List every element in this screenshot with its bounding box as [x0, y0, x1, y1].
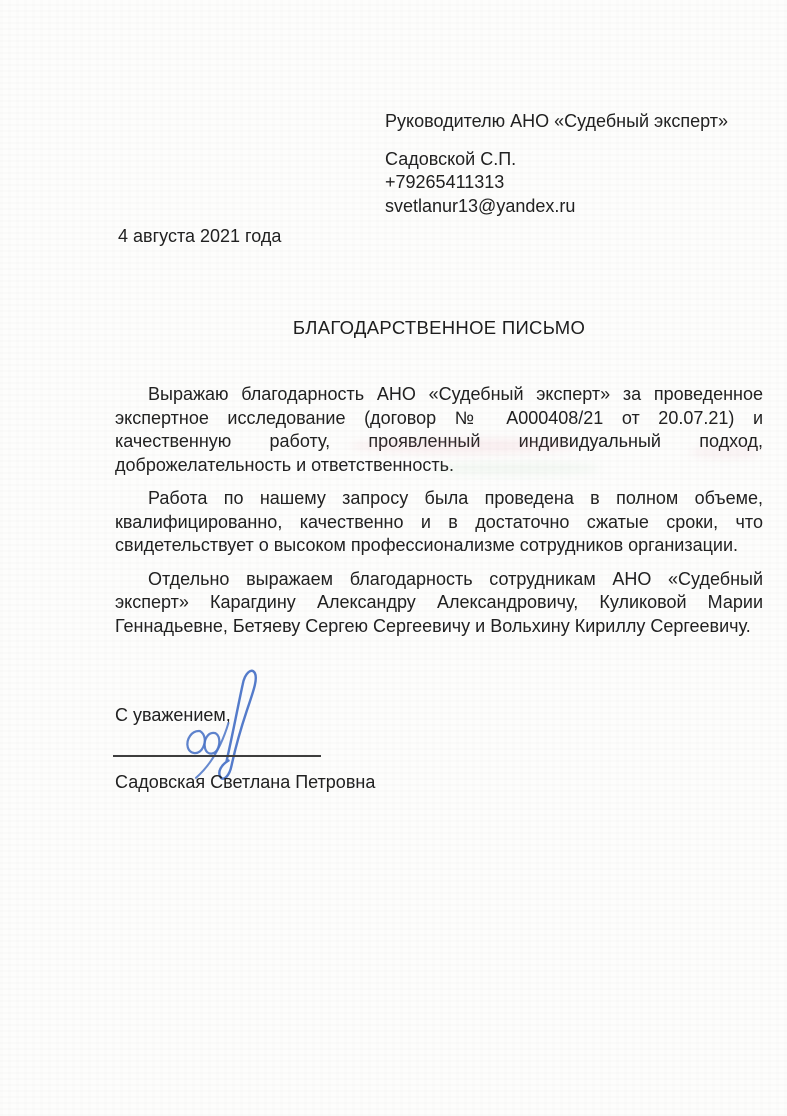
letter-date: 4 августа 2021 года: [118, 226, 281, 247]
handwritten-signature: [180, 664, 280, 786]
recipient-block: Руководителю АНО «Судебный эксперт» Садо…: [385, 110, 728, 218]
signature-line: [113, 755, 321, 757]
recipient-contacts: Садовской С.П. +79265411313 svetlanur13@…: [385, 148, 728, 219]
recipient-title-line: Руководителю АНО «Судебный эксперт»: [385, 110, 728, 134]
paragraph-3: Отдельно выражаем благодарность сотрудни…: [115, 568, 763, 639]
recipient-phone: +79265411313: [385, 171, 728, 195]
signatory-name: Садовская Светлана Петровна: [115, 772, 375, 793]
letter-page: Руководителю АНО «Судебный эксперт» Садо…: [0, 0, 787, 1116]
paragraph-1: Выражаю благодарность АНО «Судебный эксп…: [115, 383, 763, 477]
recipient-name: Садовской С.П.: [385, 148, 728, 172]
letter-title: БЛАГОДАРСТВЕННОЕ ПИСЬМО: [115, 317, 763, 339]
paragraph-2: Работа по нашему запросу была проведена …: [115, 487, 763, 558]
recipient-email: svetlanur13@yandex.ru: [385, 195, 728, 219]
letter-body: Выражаю благодарность АНО «Судебный эксп…: [115, 383, 763, 648]
